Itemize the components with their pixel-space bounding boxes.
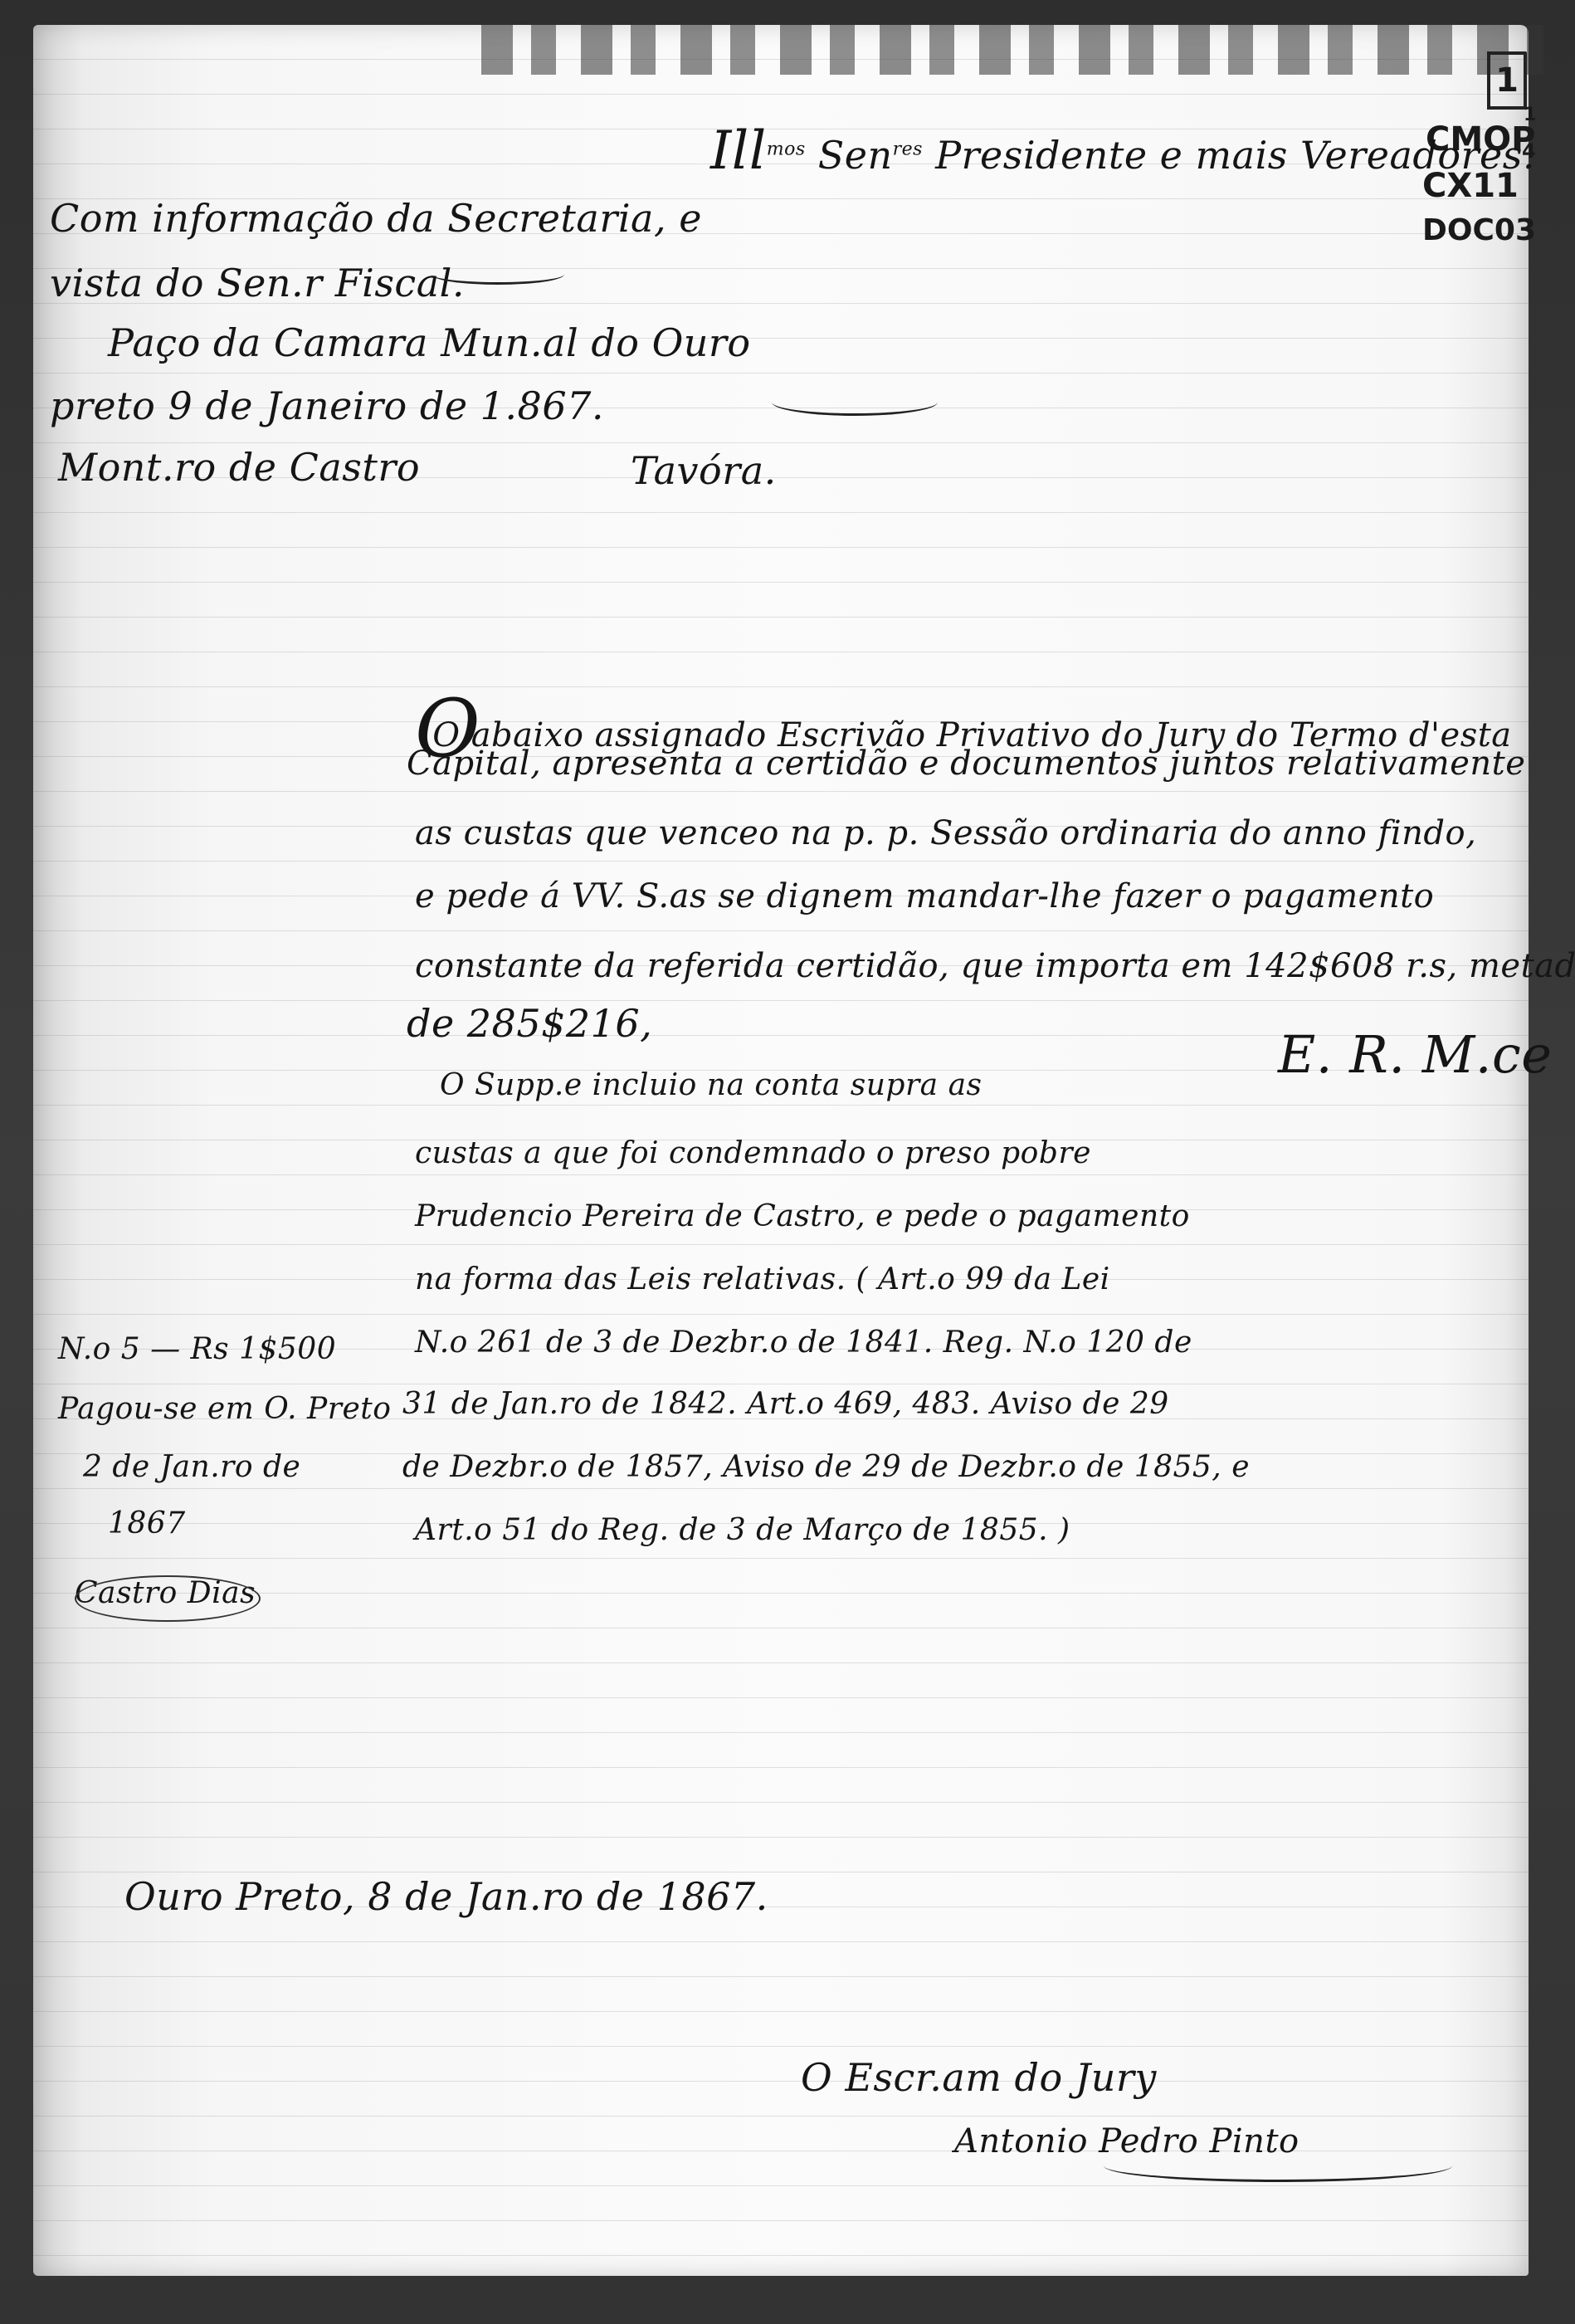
note-line-2: custas a que foi condemnado o preso pobr…	[415, 1139, 1091, 1169]
signature-flourish	[1104, 2150, 1452, 2182]
note-line-8: Art.o 51 do Reg. de 3 de Março de 1855. …	[415, 1516, 1070, 1545]
despacho-line-4: preto 9 de Janeiro de 1.867.	[50, 387, 604, 425]
margin-note-line-1: N.o 5 — Rs 1$500	[58, 1335, 336, 1365]
salutation-prefix-sup: mos	[767, 139, 806, 160]
petition-line-3: as custas que venceo na p. p. Sessão ord…	[415, 817, 1476, 850]
signoff-title: O Escr.am do Jury	[801, 2058, 1157, 2097]
flourish-underline	[772, 388, 938, 416]
note-line-5: N.o 261 de 3 de Dezbr.o de 1841. Reg. N.…	[415, 1328, 1192, 1358]
signoff-title-text: O Escr.am do Jury	[801, 2055, 1157, 2100]
note-line-1: O Supp.e incluio na conta supra as	[440, 1071, 983, 1101]
salutation: Illmos Senres Presidente e mais Vereador…	[710, 124, 1535, 178]
petition-closing: E. R. M.ce	[1278, 1029, 1552, 1081]
note-line-7: de Dezbr.o de 1857, Aviso de 29 de Dezbr…	[402, 1452, 1250, 1482]
flourish-underline	[432, 264, 564, 285]
scanned-document: 1 CMOP 1 4 CX11 DOC03 Illmos Senres Pres…	[0, 0, 1575, 2324]
despacho-line-3: Paço da Camara Mun.al do Ouro	[108, 324, 751, 362]
margin-note-line-2: Pagou-se em O. Preto	[58, 1394, 391, 1424]
note-line-4: na forma das Leis relativas. ( Art.o 99 …	[415, 1265, 1110, 1295]
torn-top-edge	[481, 25, 1543, 75]
folio-number: 1	[1487, 51, 1527, 110]
petition-line-5: constante da referida certidão, que impo…	[415, 950, 1575, 983]
note-line-6: 31 de Jan.ro de 1842. Art.o 469, 483. Av…	[402, 1389, 1169, 1419]
margin-note-line-4: 1867	[108, 1509, 186, 1539]
salutation-rest: Presidente e mais Vereadores.	[935, 133, 1535, 178]
salutation-prefix: Ill	[710, 120, 767, 182]
dateline: Ouro Preto, 8 de Jan.ro de 1867.	[124, 1877, 768, 1916]
archive-fund-fraction-top: 1	[1524, 106, 1536, 124]
salutation-sen-sup: res	[893, 139, 923, 160]
despacho-signature-right: Tavóra.	[631, 452, 777, 490]
salutation-sen: Sen	[818, 133, 893, 178]
petition-line-4: e pede á VV. S.as se dignem mandar-lhe f…	[415, 880, 1434, 913]
note-line-3: Prudencio Pereira de Castro, e pede o pa…	[415, 1202, 1190, 1232]
despacho-signature-left: Mont.ro de Castro	[58, 448, 420, 486]
archive-document: DOC03	[1422, 216, 1536, 246]
petition-line-2: Capital, apresenta a certidão e document…	[407, 747, 1525, 780]
petition-line-6: de 285$216,	[407, 1004, 652, 1042]
despacho-line-1: Com informação da Secretaria, e	[50, 199, 702, 237]
margin-note-line-3: 2 de Jan.ro de	[83, 1452, 300, 1482]
despacho-line-2: vista do Sen.r Fiscal.	[50, 264, 465, 302]
signature-ellipse	[75, 1575, 261, 1622]
